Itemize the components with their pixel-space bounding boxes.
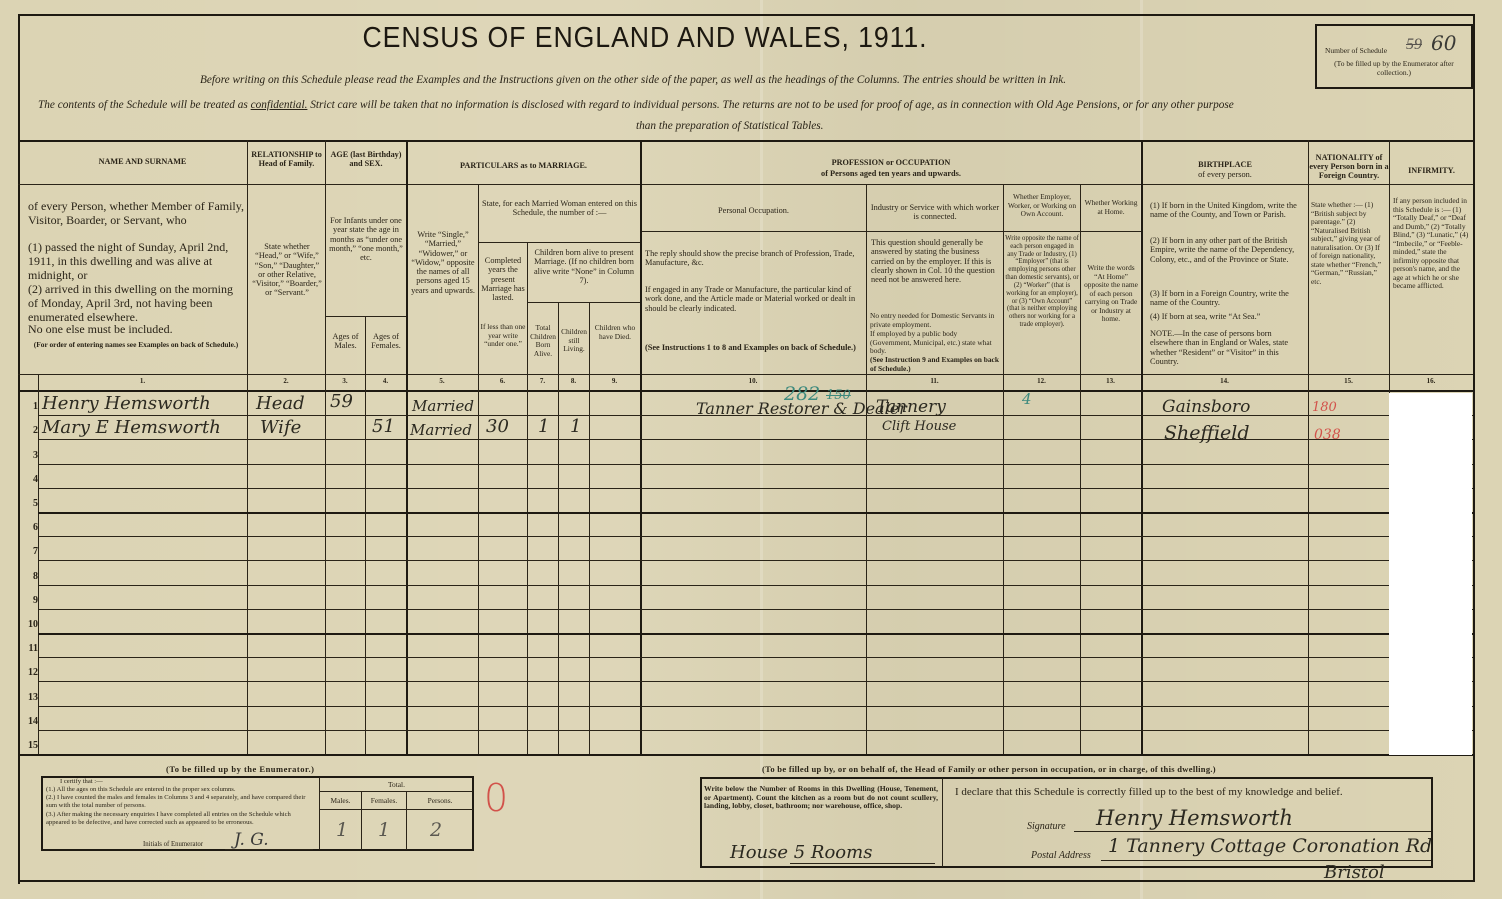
row-divider: [38, 730, 1473, 731]
column-number: 3.: [325, 377, 365, 385]
header-nationality-body: State whether :— (1) “British subject by…: [1311, 201, 1387, 286]
row-divider: [38, 464, 1473, 465]
header-birthplace-body1: (1) If born in the United Kingdom, write…: [1150, 201, 1304, 220]
header-birthplace-body2: (2) If born in any other part of the Bri…: [1150, 236, 1304, 264]
header-col11-body3: If employed by a public body (Government…: [870, 330, 1000, 356]
grid-line: [1080, 184, 1081, 755]
column-number: 11.: [866, 377, 1003, 385]
header-birthplace-note: NOTE.—In the case of persons born elsewh…: [1150, 329, 1304, 366]
header-marriage-col5: Write “Single,” “Married,” “Widower,” or…: [409, 230, 477, 295]
grid-line: [18, 390, 1473, 392]
grid-line: [558, 302, 559, 755]
red-mark: 0: [484, 776, 508, 820]
enumerator-certify: I certify that :—: [60, 778, 103, 786]
entry-1-relationship[interactable]: Head: [256, 393, 305, 414]
grid-line: [478, 242, 640, 243]
header-marriage-col8: Children still Living.: [559, 328, 589, 354]
grid-line: [640, 231, 1141, 232]
column-number: 2.: [247, 377, 325, 385]
row-divider: [38, 754, 1473, 756]
row-number: 5: [24, 498, 38, 509]
row-number: 9: [24, 595, 38, 606]
persons-label: Persons.: [407, 797, 473, 806]
entry-1-name[interactable]: Henry Hemsworth: [42, 393, 211, 414]
grid-line: [1003, 184, 1004, 755]
header-children: Children born alive to present Marriage.…: [529, 248, 639, 285]
column-number: 14.: [1141, 377, 1308, 385]
header-marriage-col9: Children who have Died.: [590, 324, 640, 341]
row-divider: [38, 585, 1473, 586]
enumerator-c3: (3.) After making the necessary enquirie…: [46, 811, 316, 826]
row-number: 14: [24, 716, 38, 727]
females-label: Females.: [362, 797, 406, 806]
entry-2-industry[interactable]: Clift House: [882, 419, 956, 434]
total-label: Total.: [320, 781, 473, 790]
row-divider: [38, 681, 1473, 682]
header-col13-title: Whether Working at Home.: [1082, 199, 1140, 216]
entry-1-birthplace[interactable]: Gainsboro: [1162, 397, 1250, 417]
grid-line: [406, 140, 408, 755]
header-marriage-col6: Completed years the present Marriage has…: [479, 256, 527, 302]
row-divider: [38, 512, 1473, 514]
row-divider: [38, 633, 1473, 635]
header-age-males: Ages of Males.: [326, 332, 365, 351]
postal-address-line1[interactable]: 1 Tannery Cottage Coronation Rd: [1108, 835, 1432, 857]
header-occupation: PROFESSION or OCCUPATION: [641, 158, 1141, 167]
header-married-woman: State, for each Married Woman entered on…: [481, 199, 638, 218]
entry-2-marriage[interactable]: Married: [410, 421, 472, 439]
total-persons[interactable]: 2: [430, 819, 442, 841]
grid-line: [325, 140, 326, 755]
column-number: 16.: [1389, 377, 1473, 385]
form-top-border-right: [1315, 14, 1475, 16]
schedule-number-note: (To be filled up by the Enumerator after…: [1321, 60, 1467, 77]
schedule-number-value[interactable]: 60: [1431, 32, 1456, 55]
grid-line: [527, 242, 528, 755]
row-divider: [38, 536, 1473, 537]
row-divider: [38, 439, 1473, 440]
header-name-body-2: (2) arrived in this dwelling on the morn…: [28, 282, 244, 324]
signature[interactable]: Henry Hemsworth: [1096, 806, 1293, 830]
grid-line: [38, 374, 39, 755]
row-divider: [38, 415, 1473, 416]
confidential-notice-line2: than the preparation of Statistical Tabl…: [636, 120, 823, 132]
grid-line: [1141, 140, 1143, 755]
header-name-body-1: (1) passed the night of Sunday, April 2n…: [28, 240, 244, 282]
entry-1-age-male[interactable]: 59: [330, 391, 353, 412]
entry-1-nationality-mark: 180: [1312, 400, 1337, 415]
entry-2-children-born[interactable]: 1: [538, 416, 549, 437]
enumerator-initials-label: Initials of Enumerator: [143, 841, 203, 849]
entry-1-occupation-code: 282: [784, 383, 820, 405]
instruction-line: Before writing on this Schedule please r…: [200, 74, 1066, 86]
row-divider: [38, 488, 1473, 489]
header-occupation-subtitle: of Persons aged ten years and upwards.: [641, 169, 1141, 178]
enumerator-c2: (2.) I have counted the males and female…: [46, 794, 316, 809]
rooms-instructions: Write below the Number of Rooms in this …: [704, 785, 938, 811]
postal-address-label: Postal Address: [1031, 850, 1091, 861]
row-number: 11: [24, 643, 38, 654]
grid-line: [589, 302, 590, 755]
entry-1-occupation-code-2: 150: [826, 388, 851, 403]
column-number: 12.: [1003, 377, 1080, 385]
schedule-number-label: Number of Schedule: [1325, 47, 1387, 56]
row-number: 10: [24, 619, 38, 630]
column-16-redaction: [1389, 393, 1472, 755]
declaration: I declare that this Schedule is correctl…: [955, 786, 1343, 798]
header-col13-body: Write the words “At Home” opposite the n…: [1082, 264, 1140, 324]
row-divider: [38, 706, 1473, 707]
header-name: NAME AND SURNAME: [38, 157, 247, 166]
form-bottom-border: [18, 880, 1475, 882]
header-age-body: For Infants under one year state the age…: [328, 216, 404, 262]
column-number: 5.: [406, 377, 478, 385]
form-right-border-lower: [1473, 755, 1475, 882]
entry-2-birthplace[interactable]: Sheffield: [1164, 422, 1250, 444]
confidential-word: confidential.: [251, 99, 308, 111]
schedule-number-struck: 59: [1406, 36, 1422, 54]
header-col12-title: Whether Employer, Worker, or Working on …: [1005, 193, 1079, 219]
enumerator-c1: (1.) All the ages on this Schedule are e…: [46, 786, 316, 794]
row-number: 13: [24, 692, 38, 703]
header-name-intro: of every Person, whether Member of Famil…: [28, 199, 244, 227]
grid-line: [18, 374, 1473, 375]
column-number: 8.: [558, 377, 589, 385]
header-name-body-3: No one else must be included.: [28, 322, 244, 336]
row-divider: [38, 609, 1473, 610]
grid-line: [640, 140, 642, 755]
column-number: 6.: [478, 377, 527, 385]
header-birthplace-body4: (4) If born at sea, write “At Sea.”: [1150, 312, 1304, 321]
row-number: 6: [24, 522, 38, 533]
schedule-number-box: Number of Schedule 59 60 (To be filled u…: [1315, 24, 1473, 89]
head-of-family-heading: (To be filled up by, or on behalf of, th…: [762, 765, 1216, 775]
entry-1-marriage[interactable]: Married: [412, 397, 474, 415]
entry-2-relationship[interactable]: Wife: [260, 417, 301, 438]
header-marriage-col7: Total Children Born Alive.: [528, 324, 558, 358]
entry-2-children-living[interactable]: 1: [570, 416, 581, 437]
header-birthplace: BIRTHPLACE: [1142, 160, 1308, 169]
grid-line: [1101, 860, 1431, 861]
row-divider: [38, 657, 1473, 658]
header-col10-body1: The reply should show the precise branch…: [645, 249, 862, 268]
entry-2-age-female[interactable]: 51: [372, 416, 395, 437]
grid-line: [527, 302, 640, 303]
header-infirmity-body: If any person included in this Schedule …: [1393, 197, 1470, 291]
header-col11-title: Industry or Service with which worker is…: [868, 203, 1002, 222]
page-title: CENSUS OF ENGLAND AND WALES, 1911.: [52, 22, 1239, 55]
header-name-note: (For order of entering names see Example…: [26, 341, 246, 350]
enumerator-initials[interactable]: J. G.: [234, 830, 269, 850]
column-number: 9.: [589, 377, 640, 385]
grid-line: [320, 809, 473, 810]
row-number: 4: [24, 474, 38, 485]
rooms-value[interactable]: House 5 Rooms: [730, 842, 872, 863]
confidential-notice: The contents of the Schedule will be tre…: [38, 99, 1234, 111]
row-number: 8: [24, 571, 38, 582]
census-paper: CENSUS OF ENGLAND AND WALES, 1911. Befor…: [0, 0, 1502, 899]
entry-1-industry[interactable]: Tannery: [876, 397, 946, 417]
row-number: 12: [24, 667, 38, 678]
entry-2-years-married[interactable]: 30: [486, 416, 509, 437]
grid-line: [866, 184, 867, 755]
header-nationality: NATIONALITY of every Person born in a Fo…: [1309, 153, 1389, 180]
header-age: AGE (last Birthday) and SEX.: [326, 150, 406, 168]
males-label: Males.: [320, 797, 361, 806]
header-col10-title: Personal Occupation.: [641, 206, 866, 215]
grid-line: [790, 863, 935, 864]
form-right-border: [1473, 14, 1475, 759]
entry-2-nationality-mark: 038: [1314, 427, 1341, 443]
header-col12-body: Write opposite the name of each person e…: [1005, 235, 1079, 329]
header-age-females: Ages of Females.: [366, 332, 406, 351]
header-col10-body2: If engaged in any Trade or Manufacture, …: [645, 285, 862, 313]
grid-line: [320, 791, 473, 792]
header-col10-body3: (See Instructions 1 to 8 and Examples on…: [645, 343, 862, 352]
header-birthplace-body3: (3) If born in a Foreign Country, write …: [1150, 289, 1304, 308]
grid-line: [248, 184, 1473, 185]
column-number: 4.: [365, 377, 406, 385]
total-males[interactable]: 1: [336, 819, 348, 841]
header-relationship-body: State whether “Head,” or “Wife,” “Son,” …: [251, 242, 323, 298]
confidential-suffix: Strict care will be taken that no inform…: [307, 99, 1233, 111]
header-col11-body1: This question should generally be answer…: [871, 238, 999, 284]
confidential-prefix: The contents of the Schedule will be tre…: [38, 99, 251, 111]
row-number: 3: [24, 450, 38, 461]
entry-2-name[interactable]: Mary E Hemsworth: [42, 417, 221, 438]
total-females[interactable]: 1: [378, 819, 390, 841]
header-col11-body4: (See Instruction 9 and Examples on back …: [870, 356, 1000, 373]
form-top-border: [18, 14, 1315, 16]
table-top-border: [18, 140, 1475, 142]
row-divider: [38, 560, 1473, 561]
grid-line: [1074, 831, 1431, 832]
header-marriage-col6-note: If less than one year write “under one.”: [479, 323, 527, 349]
column-number: 15.: [1308, 377, 1389, 385]
row-number: 15: [24, 740, 38, 751]
signature-label: Signature: [1027, 821, 1066, 832]
column-number: 10.: [640, 377, 866, 385]
grid-line: [18, 184, 248, 185]
header-marriage: PARTICULARS as to MARRIAGE.: [407, 161, 640, 170]
row-number: 7: [24, 546, 38, 557]
row-number: 1: [24, 401, 38, 412]
header-col11-body2: No entry needed for Domestic Servants in…: [870, 312, 1000, 329]
grid-line: [1308, 140, 1309, 755]
column-number: 13.: [1080, 377, 1141, 385]
enumerator-heading: (To be filled up by the Enumerator.): [166, 765, 314, 775]
grid-line: [942, 778, 943, 867]
grid-line: [247, 140, 248, 755]
column-number: 1.: [38, 377, 247, 385]
header-birthplace-subtitle: of every person.: [1142, 170, 1308, 179]
column-number: 7.: [527, 377, 558, 385]
header-infirmity: INFIRMITY.: [1390, 166, 1473, 175]
entry-1-employment[interactable]: 4: [1022, 390, 1032, 408]
row-number: 2: [24, 425, 38, 436]
header-relationship: RELATIONSHIP to Head of Family.: [248, 150, 325, 168]
